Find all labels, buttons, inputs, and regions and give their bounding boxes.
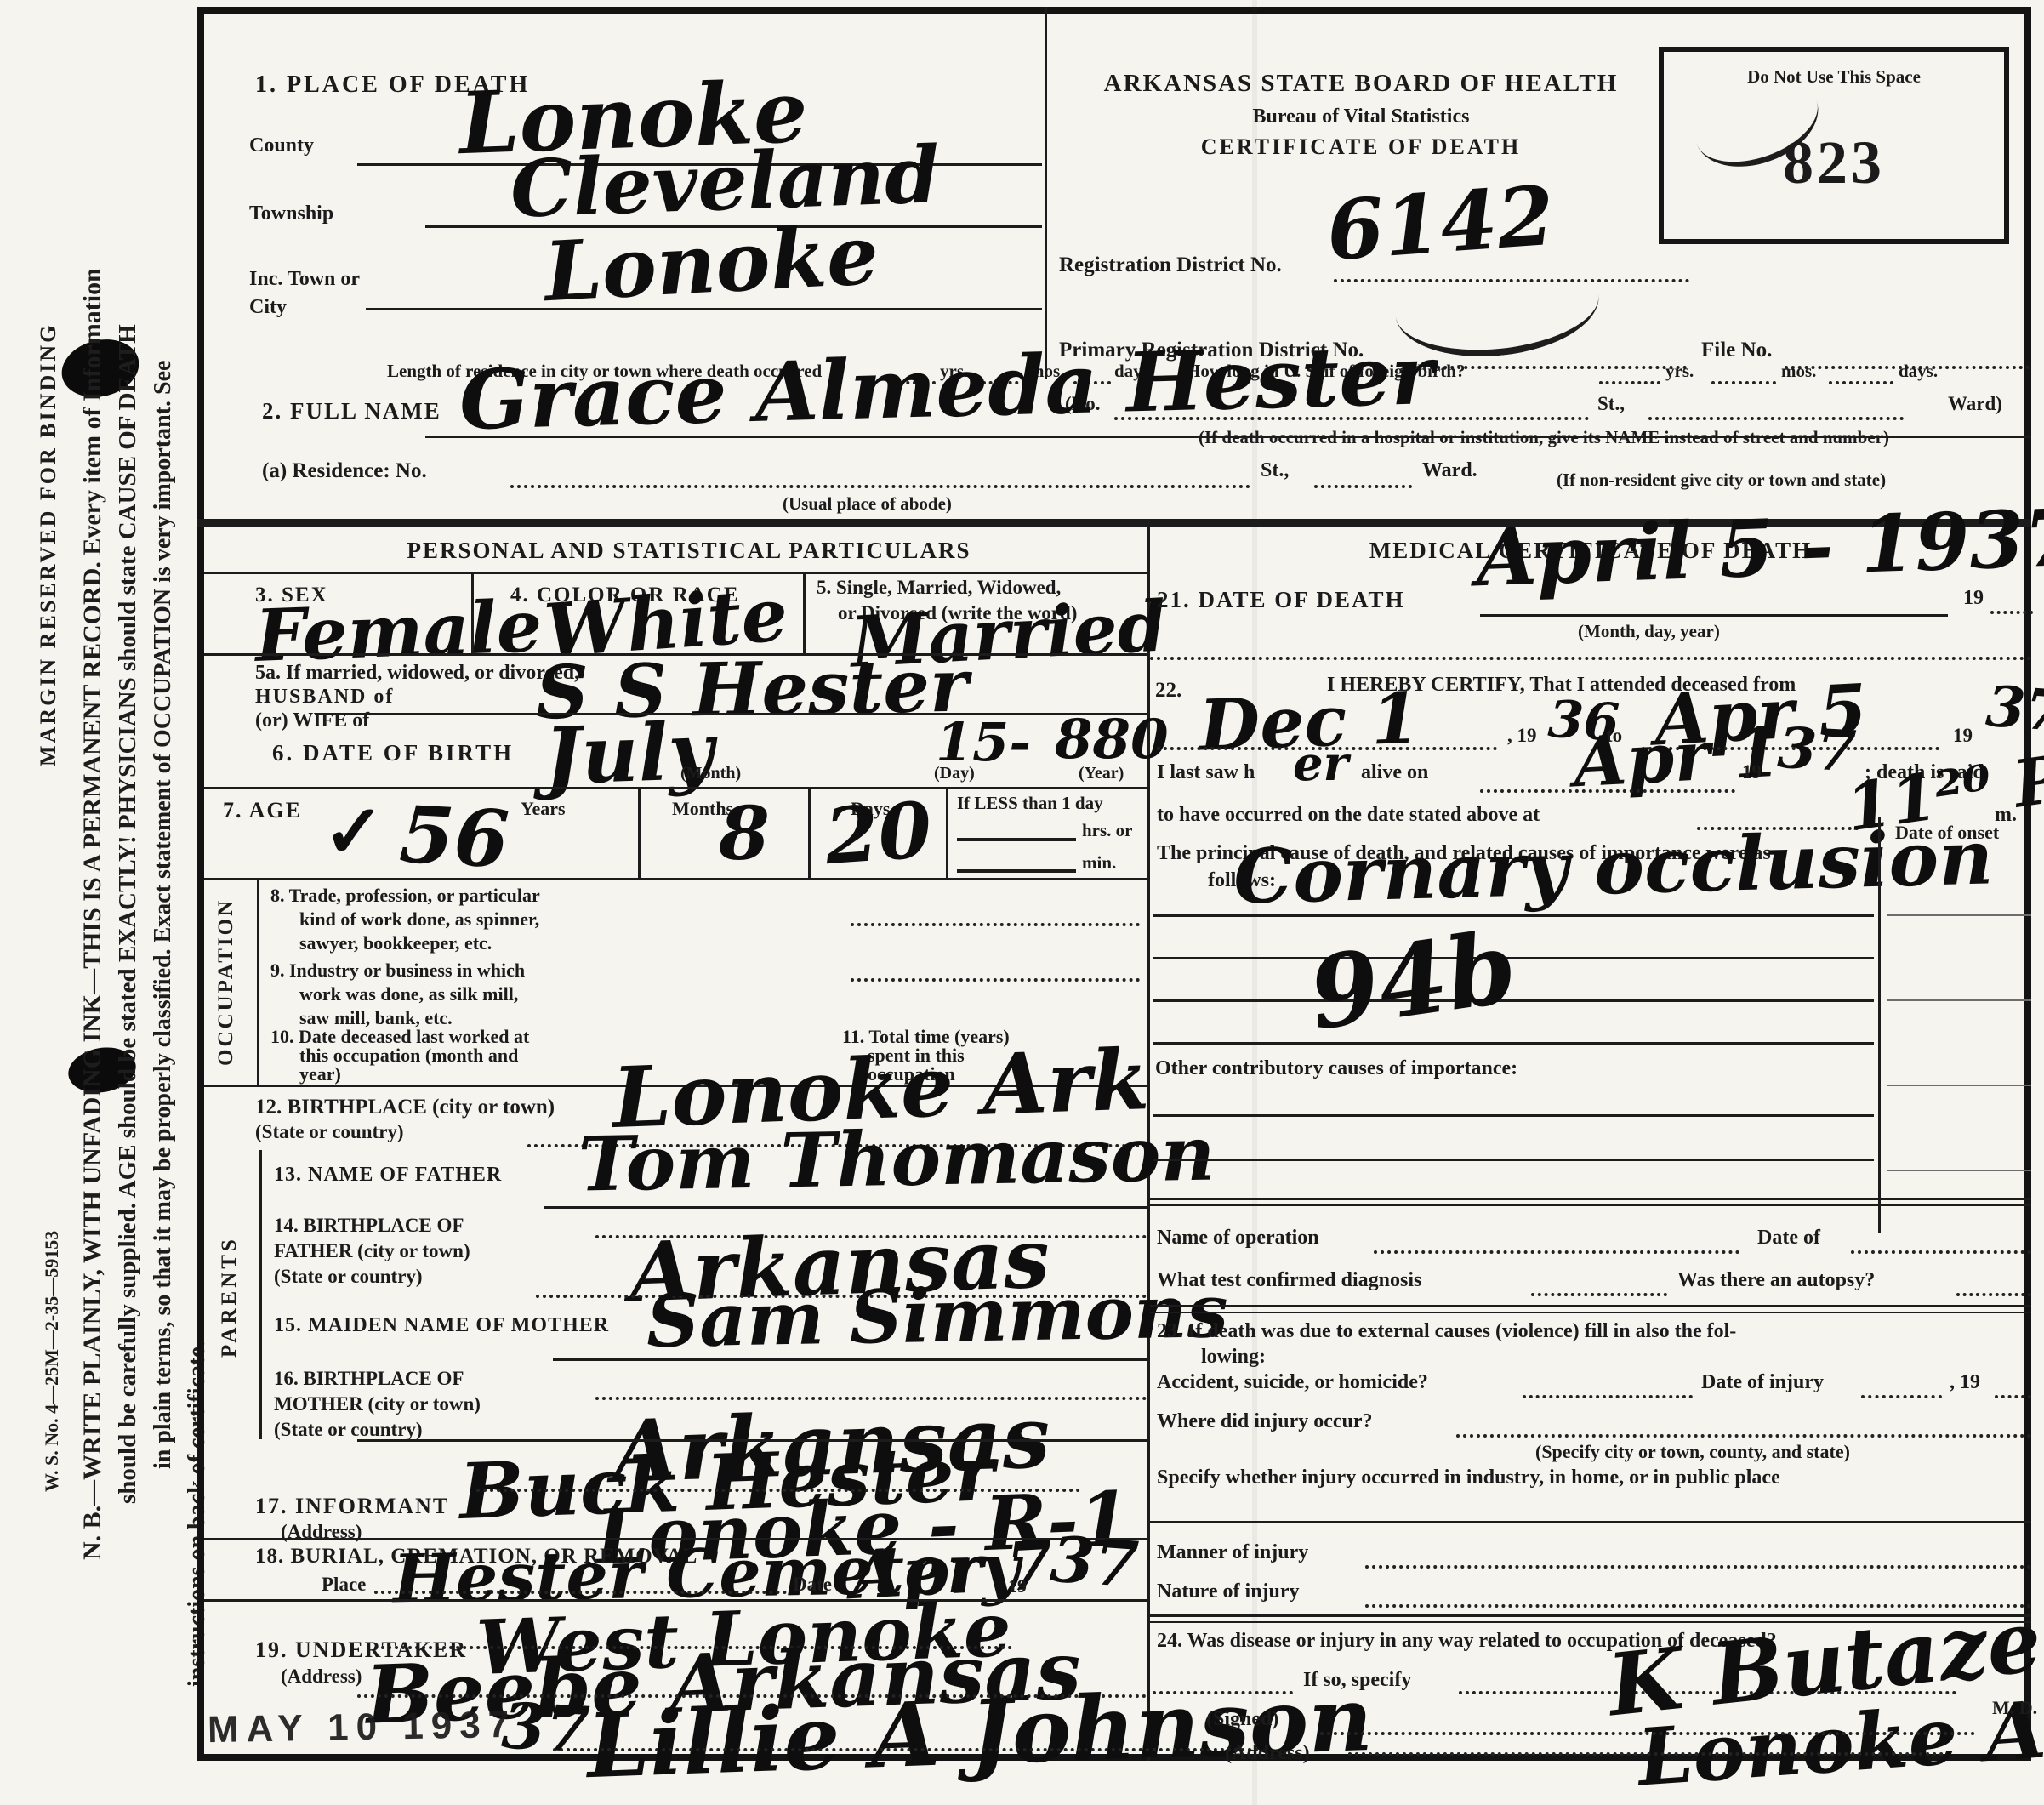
parents-label-divider <box>259 1150 262 1439</box>
less-than-day-label: If LESS than 1 day <box>957 793 1103 814</box>
onset-rule <box>1887 914 2031 916</box>
board-title: ARKANSAS STATE BOARD OF HEALTH <box>1072 70 1650 98</box>
full-name-label: 2. FULL NAME <box>262 398 441 424</box>
foreign-days-rule <box>1829 381 1893 384</box>
dob-day-caption: (Day) <box>934 764 975 783</box>
do-not-use-label: Do Not Use This Space <box>1667 66 2001 88</box>
test-rule <box>1531 1293 1667 1296</box>
nature-of-injury-label: Nature of injury <box>1157 1580 1300 1603</box>
attended-printed-19b: 19 <box>1953 725 1973 747</box>
occ10-line3: year) <box>299 1063 341 1085</box>
city-value: Lonoke <box>543 214 880 313</box>
cause-rule-1 <box>1153 914 1874 917</box>
occ-answer-rule <box>851 978 1140 982</box>
occ-answer-rule <box>851 923 1140 926</box>
row345-divider-2 <box>803 572 806 653</box>
age-bottom-rule <box>204 878 1147 880</box>
occupation-label-divider <box>257 878 259 1085</box>
if-so-specify-label: If so, specify <box>1303 1669 1411 1692</box>
age-years-value: 56 <box>398 795 511 880</box>
undertaker-address-caption: (Address) <box>281 1665 362 1688</box>
informant-label: 17. INFORMANT <box>255 1494 449 1519</box>
injury-date-rule <box>1861 1395 1942 1398</box>
last-saw-handwritten-er: er <box>1293 740 1348 788</box>
occupation-side-title: OCCUPATION <box>214 880 238 1083</box>
address-caption: (Address) <box>1225 1742 1310 1765</box>
father-name-rule <box>544 1206 1147 1209</box>
foreign-mos-rule <box>1711 381 1776 384</box>
township-label: Township <box>249 202 333 225</box>
mother-bp-label-line1: 16. BIRTHPLACE OF <box>274 1368 464 1390</box>
city-label-line1: Inc. Town or <box>249 268 360 291</box>
spouse-label-line1: 5a. If married, widowed, or divorced, <box>255 662 579 685</box>
contributory-rule-3a <box>1150 1198 2031 1200</box>
death-certificate-scan: MARGIN RESERVED FOR BINDING W. S. No. 4—… <box>0 0 2044 1805</box>
occ8-line2: kind of work done, as spinner, <box>299 908 539 931</box>
occ9-line2: work was done, as silk mill, <box>299 983 518 1005</box>
abode-caption: (Usual place of abode) <box>783 493 952 515</box>
ifso-rule-left <box>1153 1691 1293 1694</box>
registration-district-label: Registration District No. <box>1059 253 1282 277</box>
last-saw-suffix: alive on <box>1361 761 1428 784</box>
dob-label: 6. DATE OF BIRTH <box>272 740 514 766</box>
injury-date-label: Date of injury <box>1701 1371 1824 1394</box>
certificate-title: CERTIFICATE OF DEATH <box>1072 134 1650 160</box>
residence-st-rule <box>1314 485 1412 488</box>
operation-date-rule <box>1851 1250 2031 1254</box>
burial-printed-19: 19 <box>1008 1575 1027 1597</box>
registration-district-rule <box>1334 279 1689 282</box>
manner-of-injury-rule <box>1365 1565 2031 1569</box>
father-bp-label-line3: (State or country) <box>274 1266 423 1288</box>
dob-day-value: 15- <box>936 716 1031 769</box>
street-rule <box>1648 417 1904 420</box>
top-section-divider <box>1045 7 1047 379</box>
autopsy-label: Was there an autopsy? <box>1677 1269 1875 1292</box>
signed-caption: (Signed) <box>1206 1708 1278 1731</box>
county-label: County <box>249 134 314 157</box>
father-name-value: Tom Thomason <box>578 1115 1216 1201</box>
section23-rule-a <box>1150 1305 2031 1307</box>
cause-rule-4 <box>1153 1042 1874 1045</box>
md-label: M. D. <box>1992 1697 2037 1719</box>
foreign-days-label: days. <box>1899 361 1938 382</box>
date-of-death-rule <box>1480 614 1948 617</box>
margin-note-line2: should be carefully supplied. AGE should… <box>114 68 142 1761</box>
city-label-line2: City <box>249 296 287 319</box>
ward-label: Ward) <box>1948 393 2002 415</box>
min-label: min. <box>1082 852 1116 874</box>
where-injury-rule <box>1456 1434 2031 1438</box>
margin-form-number: W. S. No. 4—25M—2-35—59153 <box>41 1097 63 1625</box>
age-divider-3 <box>946 787 948 878</box>
dob-year-value: 880 <box>1055 713 1169 767</box>
last-saw-rule <box>1480 789 1735 793</box>
age-divider-2 <box>808 787 811 878</box>
last-saw-date: Apr 1 <box>1572 718 1783 797</box>
row345-divider-1 <box>471 572 474 653</box>
accident-rule <box>1523 1395 1693 1398</box>
birthplace-label-line1: 12. BIRTHPLACE (city or town) <box>255 1096 555 1119</box>
file-no-label: File No. <box>1701 339 1772 362</box>
residence-no-rule <box>510 485 1250 488</box>
birthplace-label-line2: (State or country) <box>255 1121 404 1143</box>
filed-date-stamp: MAY 10 1937 <box>208 1704 517 1751</box>
injury-year-rule <box>1995 1395 2031 1398</box>
autopsy-rule <box>1956 1293 2031 1296</box>
last-saw-prefix: I last saw h <box>1157 761 1255 784</box>
registrar-rule <box>553 1748 1259 1751</box>
mother-name-label: 15. MAIDEN NAME OF MOTHER <box>274 1314 609 1337</box>
certificate-number: 823 <box>1667 128 2001 198</box>
dod-printed-19: 19 <box>1963 587 1984 610</box>
address-rule <box>1348 1752 1944 1756</box>
signed-rule <box>1320 1732 1975 1735</box>
section23-rule-b <box>1150 1312 2031 1313</box>
date-of-death-value: April 5 - 1937 <box>1475 498 2044 598</box>
margin-reserved-note: MARGIN RESERVED FOR BINDING <box>36 128 61 961</box>
contributory-rule-1 <box>1153 1114 1874 1117</box>
hrs-label: hrs. or <box>1082 820 1133 841</box>
bureau-title: Bureau of Vital Statistics <box>1072 105 1650 128</box>
onset-rule <box>1887 999 2031 1001</box>
residence-no-label: (a) Residence: No. <box>262 459 427 483</box>
row345-top-rule <box>204 572 1147 574</box>
street-label: St., <box>1597 393 1625 415</box>
occurred-text: to have occurred on the date stated abov… <box>1157 804 1540 827</box>
personal-section-title: PERSONAL AND STATISTICAL PARTICULARS <box>289 538 1089 564</box>
attended-to-year: 37 <box>1984 678 2044 739</box>
residence-st-label: St., <box>1261 459 1289 482</box>
onset-rule <box>1887 1170 2031 1171</box>
occ8-line3: sawyer, bookkeeper, etc. <box>299 932 492 954</box>
age-divider-1 <box>638 787 641 878</box>
age-label: 7. AGE <box>223 798 302 823</box>
date-of-death-label: 21. DATE OF DEATH <box>1157 587 1405 613</box>
min-rule <box>957 869 1076 873</box>
last-saw-printed-19: 19 <box>1742 761 1762 783</box>
mother-bp-label-line2: MOTHER (city or town) <box>274 1393 481 1415</box>
certify-number: 22. <box>1155 679 1181 703</box>
where-injury-label: Where did injury occur? <box>1157 1410 1373 1433</box>
parents-side-title: PARENTS <box>218 1182 242 1412</box>
specify-where-label: Specify whether injury occurred in indus… <box>1157 1466 2024 1489</box>
test-label: What test confirmed diagnosis <box>1157 1269 1421 1292</box>
contributory-label: Other contributory causes of importance: <box>1155 1057 1517 1080</box>
manner-of-injury-label: Manner of injury <box>1157 1541 1308 1564</box>
operation-label: Name of operation <box>1157 1227 1319 1250</box>
full-name-value: Grace Almeda Hester <box>458 334 1435 441</box>
foreign-yrs-label: yrs. <box>1665 361 1694 382</box>
contributory-rule-3b <box>1150 1204 2031 1206</box>
attended-comma19: , 19 <box>1507 725 1537 747</box>
injury-section-rule <box>1150 1521 2031 1523</box>
spouse-label-line2: HUSBAND of <box>255 686 394 709</box>
dob-month-caption: (Month) <box>680 764 741 783</box>
margin-note-line1: N. B.—WRITE PLAINLY, WITH UNFADING INK—T… <box>78 68 107 1761</box>
occ9-line1: 9. Industry or business in which <box>270 959 525 982</box>
age-years-caption: Years <box>521 798 566 820</box>
burial-place-caption: Place <box>322 1574 366 1596</box>
operation-date-label: Date of <box>1757 1227 1820 1250</box>
injury-comma19: , 19 <box>1950 1371 1980 1394</box>
margin-note-line3: in plain terms, so that it may be proper… <box>150 68 177 1761</box>
occ8-line1: 8. Trade, profession, or particular <box>270 885 540 907</box>
mother-bp-label-line3: (State or country) <box>274 1419 423 1441</box>
onset-column-divider <box>1878 817 1881 1233</box>
external-causes-text-1: 23. If death was due to external causes … <box>1157 1320 1736 1343</box>
age-days-value: 20 <box>823 792 934 876</box>
burial-place-rule <box>374 1591 787 1594</box>
foreign-mos-label: mos. <box>1781 361 1816 382</box>
sex-value: Female <box>254 590 544 672</box>
father-bp-label-line1: 14. BIRTHPLACE OF <box>274 1215 464 1237</box>
cause-code-scribble: 94b <box>1304 918 1522 1045</box>
hrs-rule <box>957 838 1076 841</box>
contributory-rule-2 <box>1153 1159 1874 1161</box>
medical-sep-rule <box>1150 657 2031 660</box>
mother-name-value: Sam Simmons <box>646 1275 1228 1358</box>
filed-year-handwritten: 37 <box>500 1694 591 1762</box>
residence-ward-label: Ward. <box>1422 459 1477 482</box>
age-check-mark: ✓ <box>323 795 384 868</box>
dod-caption: (Month, day, year) <box>1578 621 1720 642</box>
dob-year-caption: (Year) <box>1079 764 1124 783</box>
father-bp-label-line2: FATHER (city or town) <box>274 1240 470 1262</box>
mother-name-rule <box>553 1358 1147 1361</box>
burial-year-value: 37 <box>1049 1528 1141 1597</box>
dod-year-rule <box>1990 611 2033 614</box>
full-name-rule <box>425 436 2031 438</box>
nonresident-note: (If non-resident give city or town and s… <box>1557 470 1886 491</box>
date-of-onset-label: Date of onset <box>1895 822 1999 844</box>
foreign-yrs-rule <box>1599 381 1660 384</box>
age-months-value: 8 <box>719 798 770 871</box>
onset-rule <box>1887 1085 2031 1086</box>
father-name-label: 13. NAME OF FATHER <box>274 1164 502 1187</box>
operation-rule <box>1374 1250 1739 1254</box>
external-causes-text-2: lowing: <box>1201 1346 1266 1369</box>
specify-city-caption: (Specify city or town, county, and state… <box>1535 1441 1850 1463</box>
city-rule <box>366 308 1042 310</box>
accident-label: Accident, suicide, or homicide? <box>1157 1371 1428 1394</box>
